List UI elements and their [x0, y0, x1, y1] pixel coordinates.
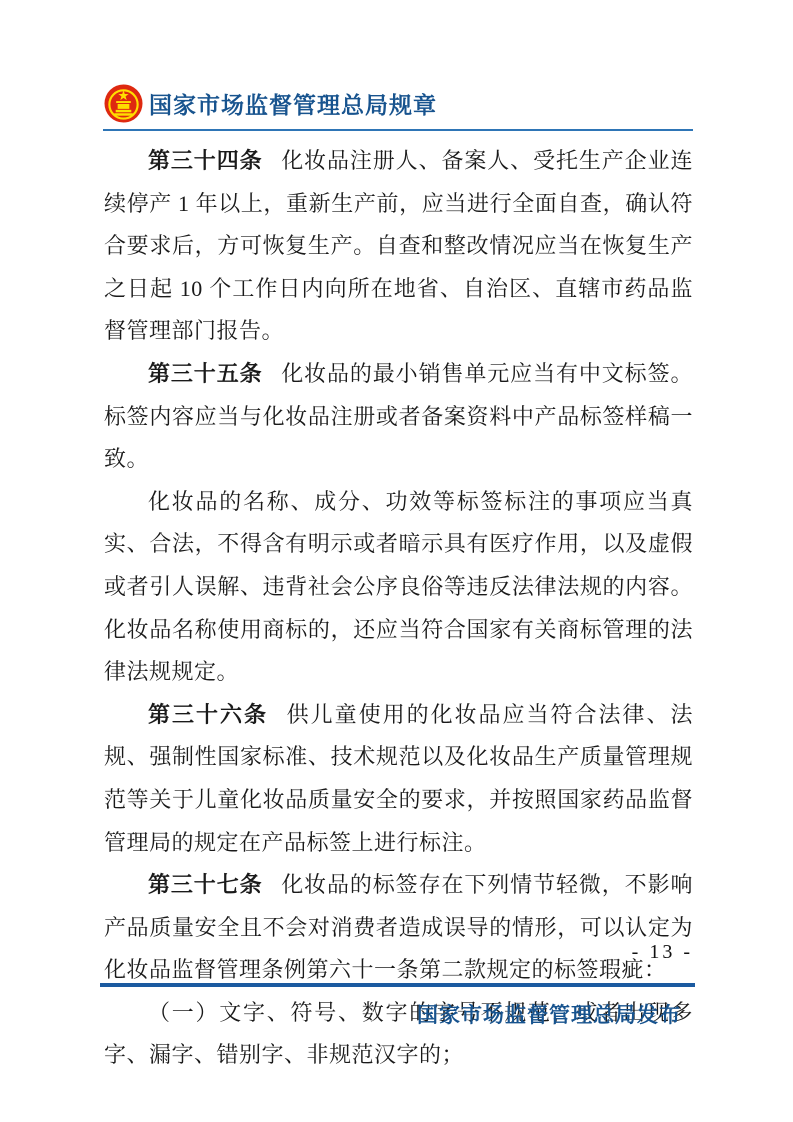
document-body: 第三十四条化妆品注册人、备案人、受托生产企业连续停产 1 年以上，重新生产前，应…: [104, 140, 693, 1077]
article-number: 第三十七条: [148, 872, 281, 897]
article-number: 第三十四条: [148, 148, 281, 173]
paragraph-text: 化妆品的名称、成分、功效等标签标注的事项应当真实、合法，不得含有明示或者暗示具有…: [104, 489, 693, 684]
article-number: 第三十六条: [148, 702, 287, 727]
document-page: 国家市场监督管理总局规章 第三十四条化妆品注册人、备案人、受托生产企业连续停产 …: [0, 0, 793, 1122]
footer-divider: [100, 983, 695, 987]
article-number: 第三十五条: [148, 361, 281, 386]
header-divider: [103, 129, 693, 131]
paragraph-text: 化妆品注册人、备案人、受托生产企业连续停产 1 年以上，重新生产前，应当进行全面…: [104, 148, 693, 343]
paragraph-article-35-clause-2: 化妆品的名称、成分、功效等标签标注的事项应当真实、合法，不得含有明示或者暗示具有…: [104, 481, 693, 694]
paragraph-article-35: 第三十五条化妆品的最小销售单元应当有中文标签。标签内容应当与化妆品注册或者备案资…: [104, 353, 693, 481]
china-national-emblem-icon: [104, 84, 143, 123]
page-title: 国家市场监督管理总局规章: [149, 87, 437, 120]
page-header: 国家市场监督管理总局规章: [104, 84, 694, 123]
paragraph-article-37: 第三十七条化妆品的标签存在下列情节轻微，不影响产品质量安全且不会对消费者造成误导…: [104, 864, 693, 992]
paragraph-article-34: 第三十四条化妆品注册人、备案人、受托生产企业连续停产 1 年以上，重新生产前，应…: [104, 140, 693, 353]
paragraph-article-36: 第三十六条供儿童使用的化妆品应当符合法律、法规、强制性国家标准、技术规范以及化妆…: [104, 694, 693, 864]
page-number: - 13 -: [632, 941, 693, 964]
footer-publisher: 国家市场监督管理总局发布: [417, 999, 681, 1029]
